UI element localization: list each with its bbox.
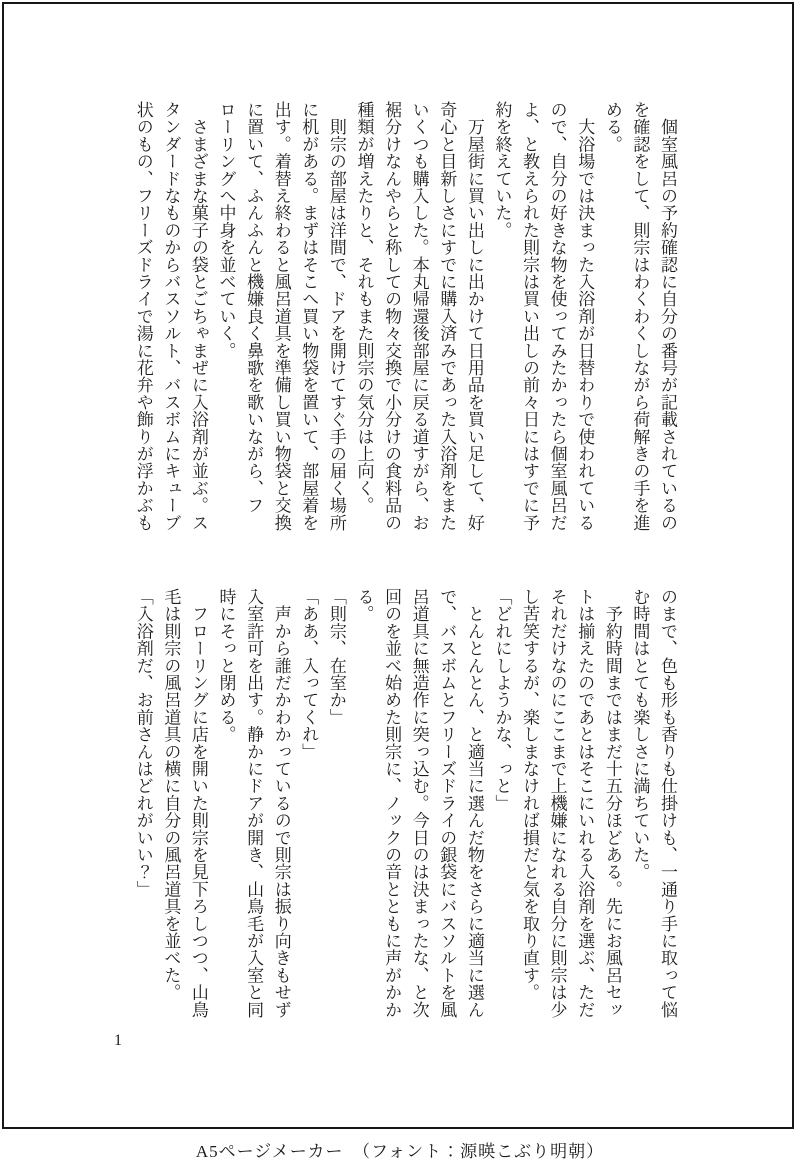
- text-column: 種類が増えたりと、それもまた則宗の気分は上向く。: [350, 101, 378, 535]
- text-column: タンダードなものからバスソルト、バスボムにキューブ: [157, 101, 185, 535]
- text-column: ローリングへ中身を並べていく。: [212, 101, 240, 535]
- text-column: に机がある。まずはそこへ買い物袋を置いて、部屋着を: [295, 101, 323, 535]
- text-column: 声から誰だかわかっているので則宗は振り向きもせず: [267, 588, 295, 1022]
- text-column: に置いて、ふんふんと機嫌良く鼻歌を歌いながら、フ: [240, 101, 268, 535]
- text-column: 呂道具に無造作に突っ込む。今日のは決まったな、と次: [405, 588, 433, 1022]
- text-column: 個室風呂の予約確認に自分の番号が記載されているの: [653, 101, 681, 535]
- text-column: とんとんとん、と適当に選んだ物をさらに適当に選ん: [460, 588, 488, 1022]
- text-column: 大浴場では決まった入浴剤が日替わりで使われている: [571, 101, 599, 535]
- text-column: フローリングに店を開いた則宗を見下ろしつつ、山鳥: [184, 588, 212, 1022]
- text-column: 「ああ、入ってくれ」: [295, 588, 323, 1022]
- footer-caption: A5ページメーカー （フォント：源暎こぶり明朝）: [0, 1137, 800, 1162]
- text-column: のまで、色も形も香りも仕掛けも、一通り手に取って悩: [653, 588, 681, 1022]
- text-column: 「則宗、在室か」: [322, 588, 350, 1022]
- text-column: トは揃えたのであとはそこにいれる入浴剤を選ぶ、ただ: [571, 588, 599, 1022]
- text-column: 出す。着替え終わると風呂道具を準備し買い物袋と交換: [267, 101, 295, 535]
- text-column: それだけなのにここまで上機嫌になれる自分に則宗は少: [543, 588, 571, 1022]
- text-column: 万屋街に買い出しに出かけて日用品を買い足して、好: [460, 101, 488, 535]
- text-column: 毛は則宗の風呂道具の横に自分の風呂道具を並べた。: [157, 588, 185, 1022]
- text-column: いくつも購入した。本丸帰還後部屋に戻る道すがら、お: [405, 101, 433, 535]
- text-column: 予約時間まではまだ十五分ほどある。先にお風呂セッ: [598, 588, 626, 1022]
- text-column: よ、と教えられた則宗は買い出しの前々日にはすでに予: [515, 101, 543, 535]
- lower-text-block: のまで、色も形も香りも仕掛けも、一通り手に取って悩 む時間はとても楽しさに満ちて…: [127, 588, 681, 1022]
- text-column: 約を終えていた。: [488, 101, 516, 535]
- text-column: む時間はとても楽しさに満ちていた。: [626, 588, 654, 1022]
- text-column: 奇心と目新しさにすでに購入済みであった入浴剤をまた: [433, 101, 461, 535]
- text-column: し苦笑するが、楽しまなければ損だと気を取り直す。: [515, 588, 543, 1022]
- text-column: る。: [350, 588, 378, 1022]
- text-column: 時にそっと閉める。: [212, 588, 240, 1022]
- page-border-frame: 個室風呂の予約確認に自分の番号が記載されているの を確認をして、則宗はわくわくし…: [2, 2, 794, 1129]
- text-column: 「入浴剤だ、お前さんはどれがいい？」: [129, 588, 157, 1022]
- text-column: 則宗の部屋は洋間で、ドアを開けてすぐ手の届く場所: [322, 101, 350, 535]
- text-column: ので、自分の好きな物を使ってみたかったら個室風呂だ: [543, 101, 571, 535]
- text-column: 裾分けなんやらと称しての物々交換で小分けの食料品の: [377, 101, 405, 535]
- text-column: を確認をして、則宗はわくわくしながら荷解きの手を進: [626, 101, 654, 535]
- text-column: で、バスボムとフリーズドライの銀袋にバスソルトを風: [433, 588, 461, 1022]
- text-column: 回のを並べ始めた則宗に、ノックの音とともに声がかか: [377, 588, 405, 1022]
- text-column: める。: [598, 101, 626, 535]
- upper-text-block: 個室風呂の予約確認に自分の番号が記載されているの を確認をして、則宗はわくわくし…: [127, 101, 681, 535]
- text-column: 「どれにしようかな、っと」: [488, 588, 516, 1022]
- screenshot-root: { "colors": { "text": "#1c1c1c", "border…: [0, 0, 800, 1171]
- text-column: さまざまな菓子の袋とごちゃまぜに入浴剤が並ぶ。ス: [184, 101, 212, 535]
- text-column: 入室許可を出す。静かにドアが開き、山鳥毛が入室と同: [240, 588, 268, 1022]
- page-number: 1: [114, 1032, 122, 1050]
- text-column: 状のもの、フリーズドライで湯に花弁や飾りが浮かぶも: [129, 101, 157, 535]
